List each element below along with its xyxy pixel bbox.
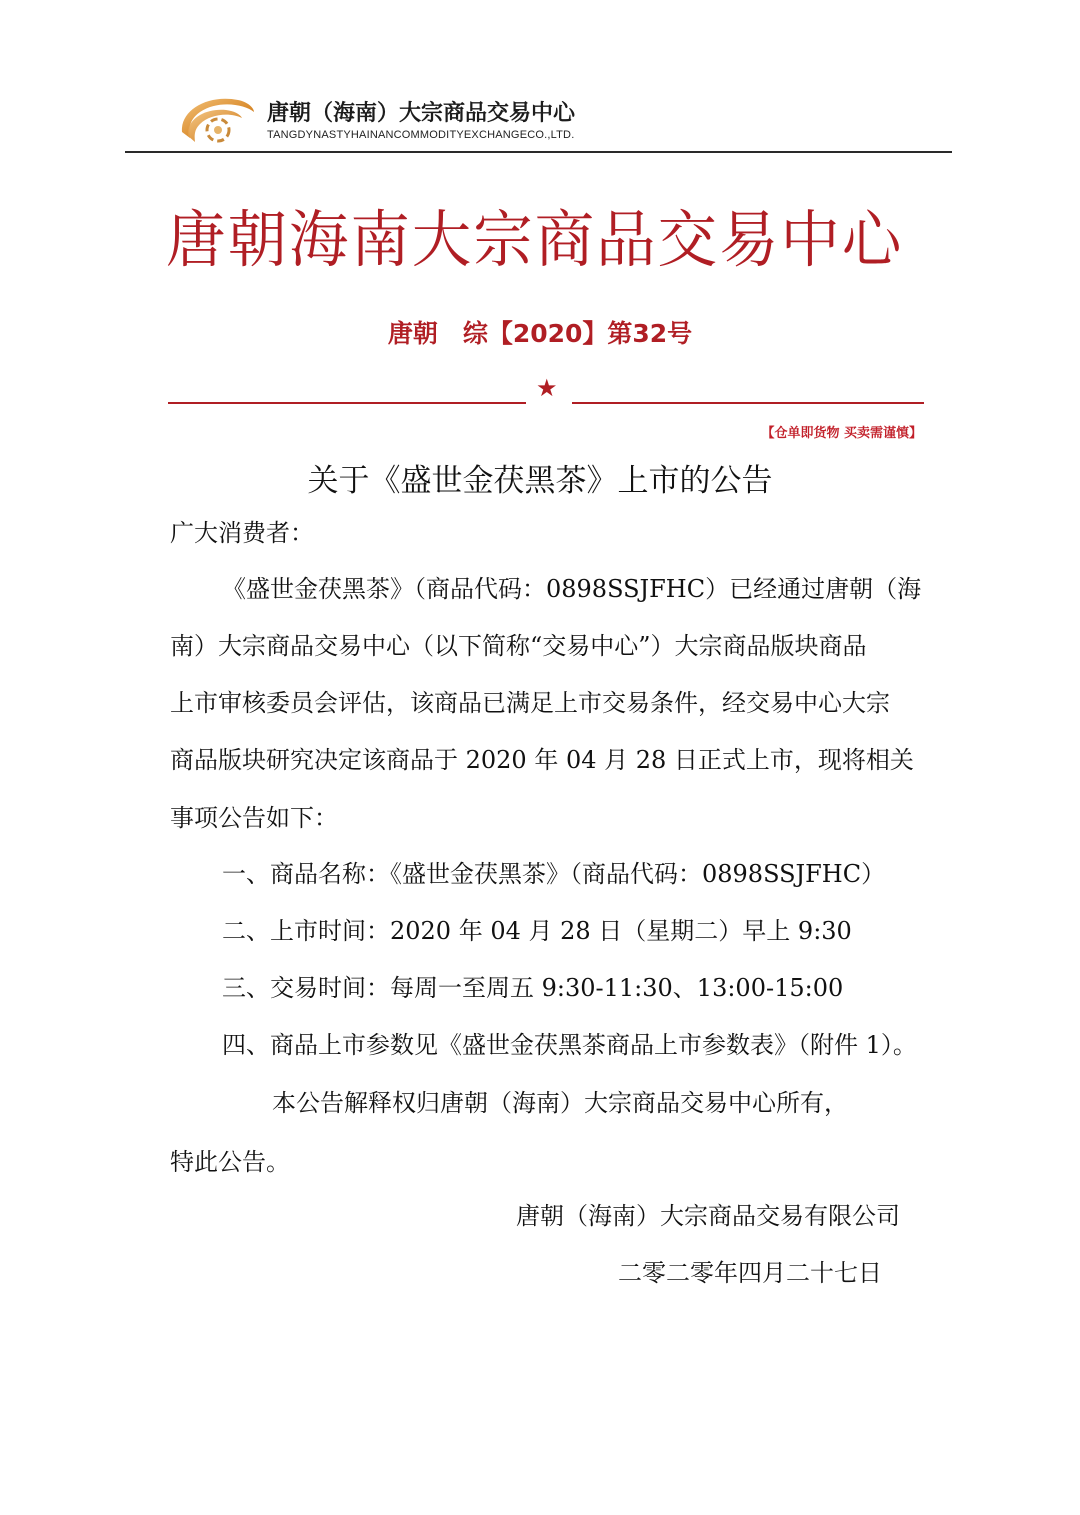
star-icon: ★	[536, 376, 558, 400]
risk-warning: 【仓单即货物 买卖需谨慎】	[761, 422, 922, 441]
body-line: 上市审核委员会评估，该商品已满足上市交易条件，经交易中心大宗	[170, 691, 890, 715]
signature-date: 二零二零年四月二十七日	[618, 1261, 882, 1285]
org-name-cn: 唐朝（海南）大宗商品交易中心	[267, 96, 575, 127]
swirl-logo-icon	[178, 92, 256, 150]
signature-company: 唐朝（海南）大宗商品交易有限公司	[516, 1204, 900, 1228]
org-name-en: TANGDYNASTYHAINANCOMMODITYEXCHANGECO.,LT…	[267, 129, 574, 141]
red-divider-left	[168, 402, 526, 404]
body-line: 《盛世金茯黑茶》（商品代码：0898SSJFHC）已经通过唐朝（海	[222, 577, 921, 601]
body-line: 商品版块研究决定该商品于 2020 年 04 月 28 日正式上市，现将相关	[170, 748, 914, 772]
list-item-parameters: 四、商品上市参数见《盛世金茯黑茶商品上市参数表》（附件 1）。	[222, 1033, 917, 1057]
list-item-product-name: 一、商品名称：《盛世金茯黑茶》（商品代码：0898SSJFHC）	[222, 862, 885, 886]
body-line: 事项公告如下：	[170, 806, 338, 830]
notice-title: 关于《盛世金茯黑茶》上市的公告	[0, 455, 1080, 500]
list-item-trading-hours: 三、交易时间：每周一至周五 9:30-11:30、13:00-15:00	[222, 976, 843, 1000]
red-divider-right	[572, 402, 924, 404]
document-heading: 唐朝海南大宗商品交易中心	[166, 190, 896, 279]
salutation: 广大消费者：	[170, 521, 314, 545]
closing-line: 本公告解释权归唐朝（海南）大宗商品交易中心所有，	[272, 1091, 848, 1115]
document-number: 唐朝 综【2020】第32号	[0, 314, 1080, 350]
header-divider	[125, 151, 952, 153]
closing-line: 特此公告。	[170, 1150, 290, 1174]
body-line: 南）大宗商品交易中心（以下简称“交易中心”）大宗商品版块商品	[170, 634, 867, 658]
list-item-listing-time: 二、上市时间：2020 年 04 月 28 日（星期二）早上 9:30	[222, 919, 852, 943]
